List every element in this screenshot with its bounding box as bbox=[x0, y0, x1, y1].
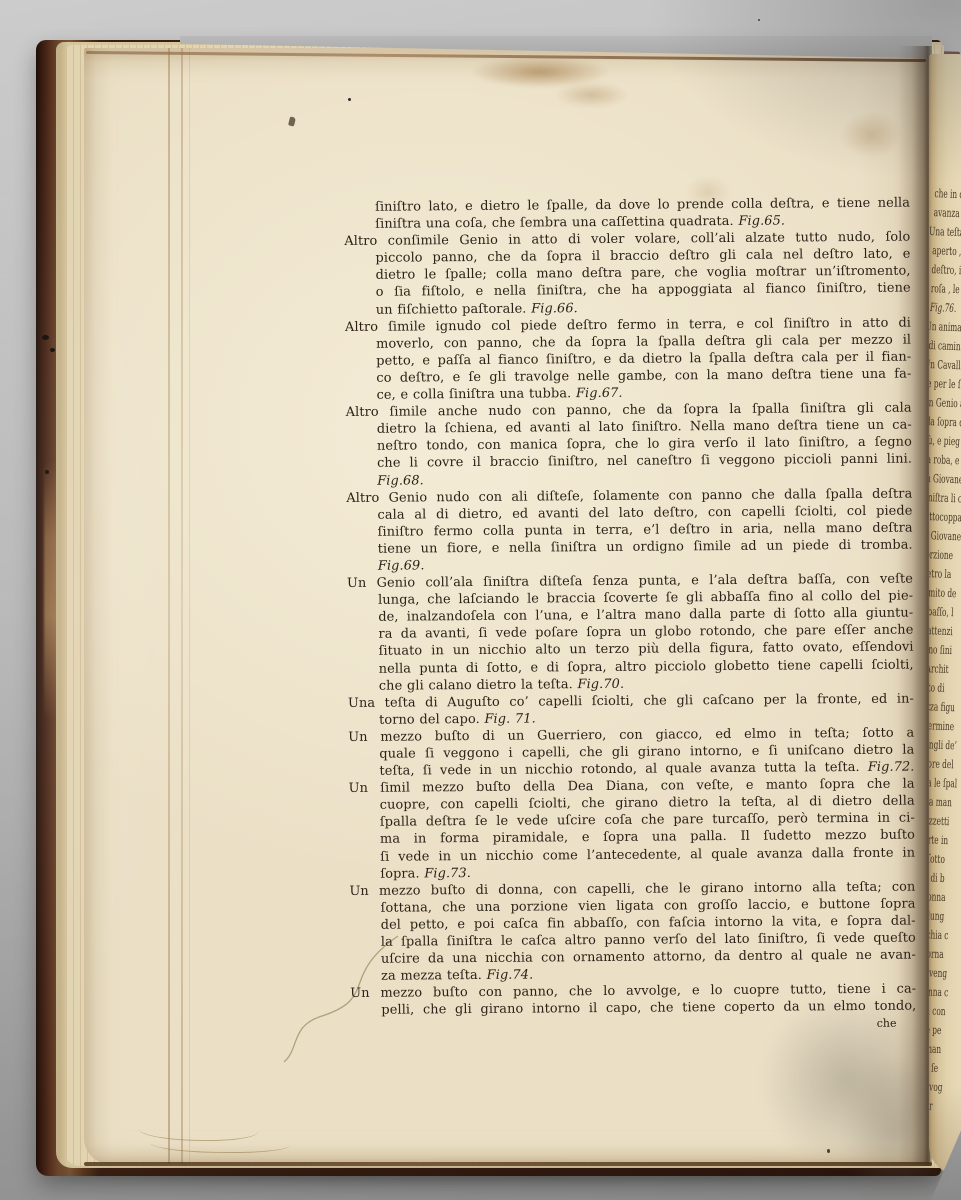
facing-text-line: in attenzi bbox=[929, 621, 949, 641]
facing-text-line: al di ſotto bbox=[929, 849, 940, 869]
facing-text-line: Una Donna c bbox=[929, 981, 935, 1001]
dust-speck bbox=[348, 98, 351, 101]
facing-text-line: e per le ſ bbox=[929, 374, 958, 394]
facing-text-line: gomito de bbox=[929, 583, 950, 603]
facing-text-line: roſa , le bbox=[930, 279, 961, 299]
facing-page-edge: che in ciavanza coUna teſta caperto ,deſ… bbox=[929, 54, 961, 1175]
facing-text-line: Un Termine bbox=[929, 716, 945, 736]
facing-page-text: che in ciavanza coUna teſta caperto ,deſ… bbox=[929, 184, 961, 1116]
foxing-stain bbox=[841, 112, 901, 158]
facing-text-line: ſembra vog bbox=[929, 1076, 931, 1096]
facing-text-line: Fig.76. bbox=[930, 298, 961, 318]
book-photo-scene: ſiniſtro lato, e dietro le ſpalle, da do… bbox=[0, 0, 961, 1200]
facing-text-line: ginocchia c bbox=[929, 925, 937, 945]
page-crease-line bbox=[181, 48, 183, 1164]
text-lines-container: ſiniſtro lato, e dietro le ſpalle, da do… bbox=[344, 195, 916, 1020]
facing-text-line: di caminar bbox=[929, 336, 960, 356]
facing-text-line: periore del bbox=[929, 754, 944, 774]
facing-text-line: che le veng bbox=[929, 963, 936, 983]
page-top-toned-edge bbox=[86, 51, 926, 62]
page-bottom-edge bbox=[84, 1162, 932, 1166]
dust-speck bbox=[827, 1149, 830, 1153]
facing-text-line: ſù, e pieg bbox=[929, 431, 956, 451]
facing-text-line: eſcongli de’ bbox=[929, 735, 944, 755]
facing-text-line: ſottocoppa bbox=[929, 507, 953, 527]
facing-text-line: deſtro, i bbox=[931, 260, 961, 280]
facing-text-line: avanza co bbox=[933, 203, 961, 223]
facing-text-line: Un Giovane bbox=[929, 469, 955, 489]
facing-text-line: la roba, e bbox=[929, 450, 955, 470]
foxing-stain bbox=[555, 82, 629, 108]
facing-text-line: Un Giovane bbox=[929, 526, 952, 546]
main-text-block: ſiniſtro lato, e dietro le ſpalle, da do… bbox=[344, 195, 917, 1035]
facing-text-line: ſcimble pe bbox=[929, 1020, 933, 1040]
facing-text-line: la parte in bbox=[929, 830, 941, 850]
book-page: ſiniſtro lato, e dietro le ſpalle, da do… bbox=[84, 48, 930, 1164]
foxing-stain bbox=[470, 56, 610, 88]
facing-text-line: aperto , bbox=[932, 241, 961, 261]
facing-text-line: veſte lung bbox=[929, 906, 938, 926]
book-drop-shadow bbox=[58, 1168, 942, 1180]
cover-ink-speck bbox=[45, 470, 49, 474]
dust-speck bbox=[758, 19, 760, 21]
facing-text-line: dalla por bbox=[929, 1095, 931, 1115]
facing-text-line: da ſopra d bbox=[929, 412, 957, 432]
facing-text-line: ni pezzetti bbox=[929, 811, 941, 831]
facing-text-line: abbaſſo, l bbox=[929, 602, 949, 622]
facing-text-line: buſto di bbox=[929, 678, 947, 698]
facing-text-line: Un Cavallo bbox=[929, 355, 959, 375]
facing-text-line: di Archit bbox=[929, 659, 947, 679]
facing-text-line: porzione bbox=[929, 545, 952, 565]
facing-text-line: Una teſta c bbox=[929, 222, 961, 242]
cover-ink-speck bbox=[42, 335, 49, 340]
page-crease-line bbox=[189, 48, 190, 1164]
facing-text-line: che in ci bbox=[934, 184, 961, 204]
facing-text-line: l’altra man bbox=[929, 792, 942, 812]
facing-text-line: dietro la bbox=[929, 564, 951, 584]
facing-text-line: parte di b bbox=[929, 868, 939, 888]
facing-text-line: ſopra le ſpal bbox=[929, 773, 943, 793]
facing-text-line: in teſta con bbox=[929, 1001, 934, 1021]
page-crease-line bbox=[168, 48, 170, 1164]
facing-text-line: ſiniſtra li c bbox=[929, 488, 954, 508]
facing-text-line: tiene la ſe bbox=[929, 1058, 932, 1078]
facing-text-line: mano ſini bbox=[929, 640, 948, 660]
facing-text-line: Una Donna bbox=[929, 886, 939, 906]
small-ink-mark bbox=[288, 116, 296, 126]
facing-text-line: ver la man bbox=[929, 1039, 933, 1059]
facing-text-line: mezza figu bbox=[929, 697, 946, 717]
cover-ink-speck bbox=[50, 348, 55, 352]
facing-text-line: in un orna bbox=[929, 944, 936, 964]
facing-text-line: Un Genio al bbox=[929, 393, 958, 413]
facing-text-line: Un animale, bbox=[929, 317, 960, 337]
